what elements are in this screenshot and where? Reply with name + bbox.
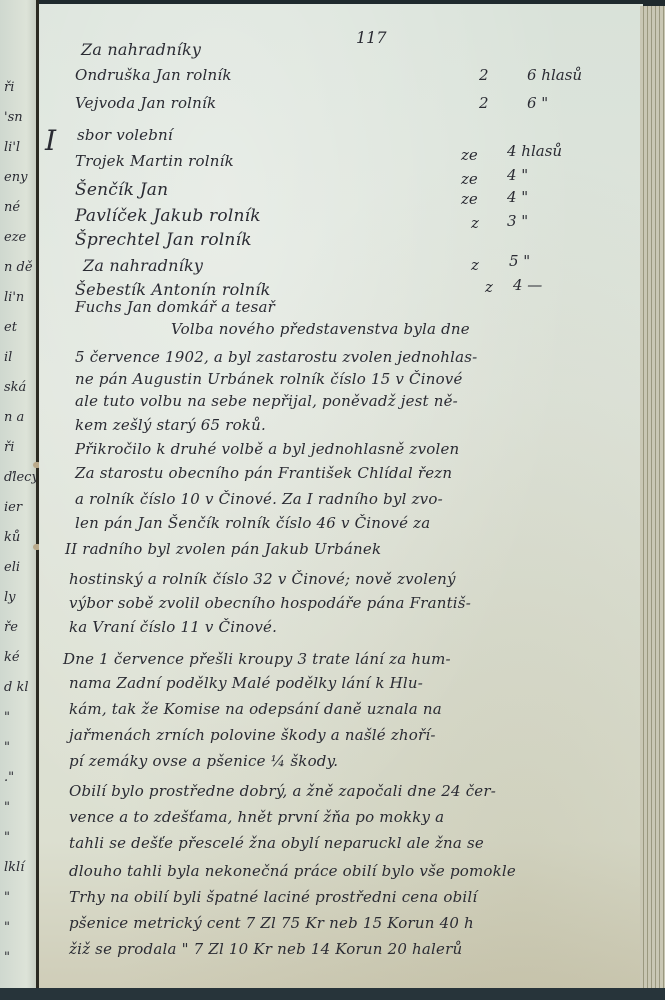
text-line: Obilí bylo prostředne dobrý, a žně započ… (69, 782, 496, 800)
left-page-fragment: ků (4, 530, 20, 545)
text-line: dlouho tahli byla nekonečná práce obilí … (69, 862, 516, 880)
left-page-fragment: ře (4, 620, 18, 635)
left-page-fragment: " (4, 950, 10, 965)
roster-votes: 6 " (527, 94, 548, 112)
left-page-fragment: ." (4, 770, 14, 785)
left-page-fragment: ké (4, 650, 20, 665)
left-page-fragment: n a (4, 410, 24, 425)
text-line: výbor sobě zvolil obecního hospodáře pán… (69, 594, 471, 612)
text-line: hostinský a rolník číslo 32 v Činové; no… (69, 570, 456, 588)
section-title: sbor volební (77, 126, 173, 144)
section-marker: I (45, 124, 56, 157)
left-page-fragment: et (4, 320, 17, 335)
left-page-fragment: né (4, 200, 20, 215)
left-page-fragment: eli (4, 560, 20, 575)
roster-votes: 3 " (507, 212, 528, 230)
manuscript-page: 117 Za nahradníky Ondruška Jan rolník 2 … (39, 4, 643, 988)
roster-votes: 6 hlasů (527, 66, 582, 84)
left-page-fragment: " (4, 890, 10, 905)
roster-count: 2 (479, 66, 489, 84)
left-page-fragment: ská (4, 380, 26, 395)
text-line: tahli se dešťe přescelé žna obylí neparu… (69, 834, 484, 852)
header: Za nahradníky (81, 40, 201, 59)
text-line: pí zemáky ovse a pšenice ¼ škody. (69, 752, 338, 770)
text-line: Dne 1 července přešli kroupy 3 trate lán… (63, 650, 451, 668)
roster-count: z (471, 214, 479, 232)
roster-name: Vejvoda Jan rolník (75, 94, 216, 112)
left-page-fragment: eze (4, 230, 26, 245)
text-line: jařmenách zrních polovine škody a našlé … (69, 726, 436, 744)
text-line: vence a to zdešťama, hnět první žňa po m… (69, 808, 444, 826)
left-page-fragment: d kl (4, 680, 29, 695)
roster-count: z (471, 256, 479, 274)
roster-name: Ondruška Jan rolník (75, 66, 232, 84)
left-page-fragment: li'l (4, 140, 20, 155)
roster-name: Trojek Martin rolník (75, 152, 234, 170)
text-line: kem zešlý starý 65 roků. (75, 416, 266, 434)
left-page-fragment: li'n (4, 290, 24, 305)
text-line: Trhy na obilí byli špatné laciné prostře… (69, 888, 477, 906)
roster-votes: 4 — (513, 276, 542, 294)
left-page-fragment: eny (4, 170, 27, 185)
text-line: Volba nového představenstva byla dne (171, 320, 470, 338)
roster-count: ze (461, 170, 478, 188)
left-page-fragment: ři (4, 440, 14, 455)
roster-name: Šprechtel Jan rolník (75, 230, 252, 250)
roster-count: 2 (479, 94, 489, 112)
left-page-fragment: lklí (4, 860, 24, 875)
text-line: len pán Jan Šenčík rolník číslo 46 v Čin… (75, 514, 430, 532)
roster-votes: 4 " (507, 166, 528, 184)
text-line: 5 července 1902, a byl zastarostu zvolen… (75, 348, 477, 366)
left-page-fragment: " (4, 710, 10, 725)
roster-name: Pavlíček Jakub rolník (75, 206, 261, 226)
roster-votes: 5 " (509, 252, 530, 270)
text-line: žiž se prodala " 7 Zl 10 Kr neb 14 Korun… (69, 940, 462, 958)
left-page-fragment: " (4, 740, 10, 755)
text-line: II radního byl zvolen pán Jakub Urbánek (65, 540, 381, 558)
left-page-fragment: 'sn (4, 110, 23, 125)
text-line: kám, tak že Komise na odepsání daně uzna… (69, 700, 442, 718)
left-page-fragment: il (4, 350, 12, 365)
text-line: Fuchs Jan domkář a tesař (75, 298, 275, 316)
text-line: ne pán Augustin Urbánek rolník číslo 15 … (75, 370, 463, 388)
text-line: nama Zadní podělky Malé podělky lání k H… (69, 674, 423, 692)
left-page: ři'snli'lenynéezen děli'netilskán ařiďle… (0, 0, 38, 990)
page-number: 117 (356, 28, 387, 47)
text-line: a rolník číslo 10 v Činové. Za I radního… (75, 490, 443, 508)
text-line: Za starostu obecního pán František Chlíd… (75, 464, 452, 482)
left-page-fragment: " (4, 830, 10, 845)
left-page-fragment: n dě (4, 260, 33, 275)
text-line: ale tuto volbu na sebe nepřijal, poněvad… (75, 392, 458, 410)
left-page-fragment: ly (4, 590, 16, 605)
text-line: pšenice metrický cent 7 Zl 75 Kr neb 15 … (69, 914, 474, 932)
roster-votes: 4 hlasů (507, 142, 562, 160)
roster-count: ze (461, 146, 478, 164)
roster-count: ze (461, 190, 478, 208)
roster-votes: 4 " (507, 188, 528, 206)
roster-name: Za nahradníky (83, 256, 203, 275)
page-edges (640, 6, 665, 990)
roster-name: Šebestík Antonín rolník (75, 280, 271, 299)
text-line: Přikročilo k druhé volbě a byl jednohlas… (75, 440, 459, 458)
text-line: ka Vraní číslo 11 v Činové. (69, 618, 277, 636)
left-page-fragment: " (4, 920, 10, 935)
left-page-fragment: ři (4, 80, 14, 95)
left-page-fragment: ier (4, 500, 22, 515)
left-page-fragment: ďlecy (4, 470, 38, 485)
roster-count: z (485, 278, 493, 296)
left-page-fragment: " (4, 800, 10, 815)
roster-name: Šenčík Jan (75, 180, 168, 200)
bottom-shadow (0, 988, 665, 1000)
